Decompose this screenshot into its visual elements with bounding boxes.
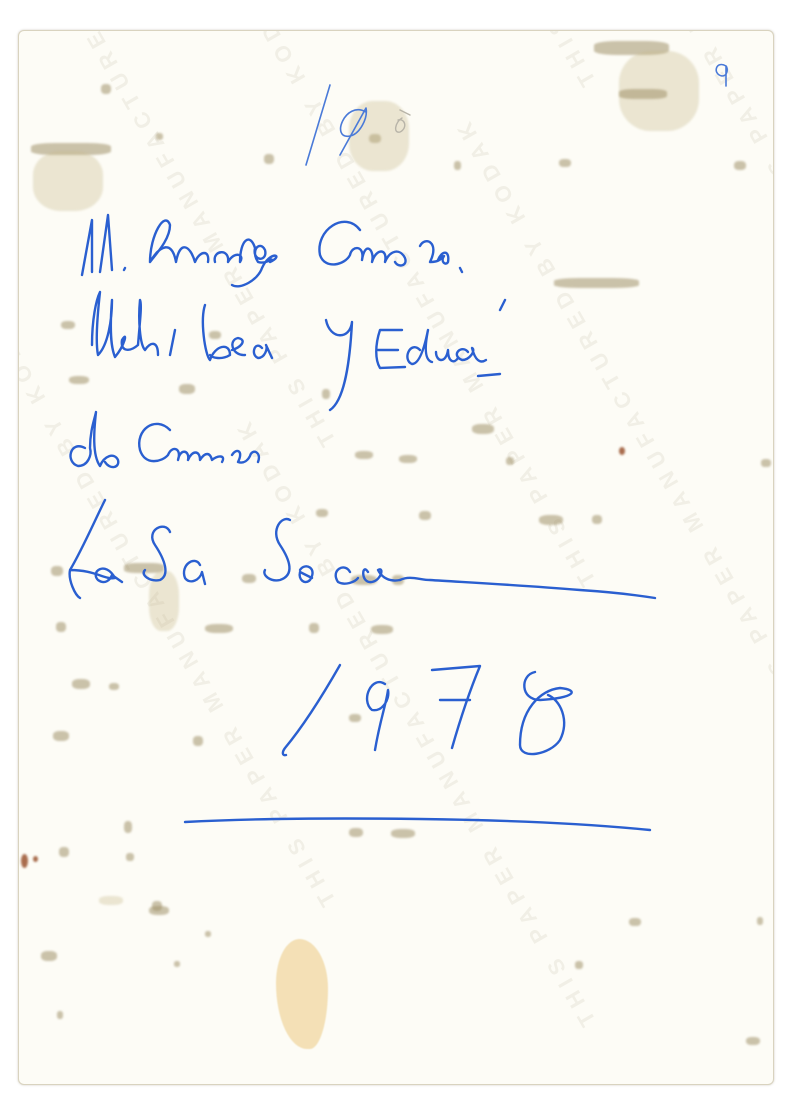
watermark-line: THIS PAPER MANUFACTURED BY KODAK [228,30,601,591]
watermark-line: THIS PAPER MANUFACTURED BY KODAK [18,291,342,911]
inscription-year: 1978 [279,681,432,751]
photo-back-card: THIS PAPER MANUFACTURED BY KODAK THIS PA… [18,30,774,1085]
corner-number: 9 [699,61,712,85]
inscription-line-1: M. Mercedes Carranza, [89,221,544,265]
beige-stain [276,939,328,1049]
watermark-line: THIS PAPER MANUFACTURED BY KODAK [228,30,601,91]
inscription-line-3: do Carranza [69,421,306,465]
inscription-line-4: La Salceda [69,541,281,585]
pencil-mark: 19 [309,111,360,157]
watermark-line: THIS PAPER MANUFACTURED BY KODAK [448,111,774,731]
inscription-line-2: Melibea y Eduar- [89,321,420,365]
watermark-line: THIS PAPER MANUFACTURED BY KODAK [448,30,774,231]
